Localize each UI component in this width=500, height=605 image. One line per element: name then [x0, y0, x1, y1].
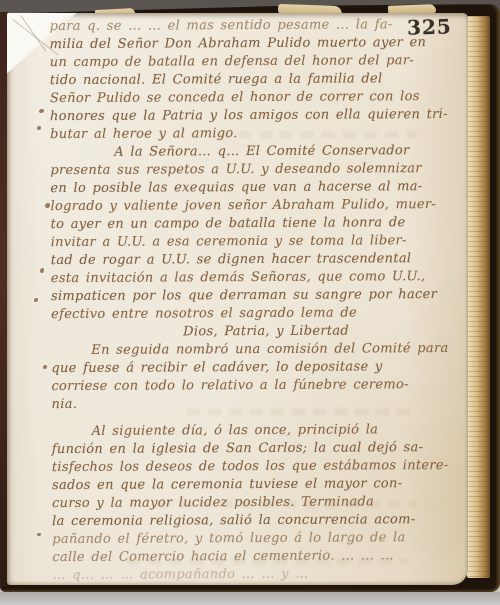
manuscript-line: la ceremonia religiosa, salió la concurr…	[52, 511, 464, 531]
manuscript-line: Señor Pulido se conceda el honor de corr…	[50, 88, 462, 108]
manuscript-line: butar al heroe y al amigo.	[50, 124, 462, 144]
manuscript-line: función en la iglesia de San Carlos; la …	[52, 439, 464, 459]
manuscript-line: efectivo entre nosotros el sagrado lema …	[51, 304, 463, 324]
ink-speck	[43, 365, 47, 369]
manuscript-line: sados en que la ceremonia tuviese el may…	[52, 475, 464, 495]
page-fore-edges	[467, 16, 490, 578]
manuscript-line: que fuese á recibir el cadáver, lo depos…	[51, 358, 463, 378]
manuscript-line: tido nacional. El Comité ruega a la fami…	[50, 70, 462, 90]
ink-speck	[34, 298, 38, 302]
manuscript-line: para q. se … … el mas sentido pesame … l…	[50, 16, 462, 36]
manuscript-line: invitar a U.U. a esa ceremonia y se toma…	[51, 232, 463, 252]
manuscript-line: Dios, Patria, y Libertad	[51, 322, 463, 342]
manuscript-line: A la Señora… q… El Comité Conservador	[50, 142, 462, 162]
photo-background: 325 para q. se … … el mas sentido pesame…	[0, 0, 500, 605]
manuscript-line: simpaticen por los que derraman su sangr…	[51, 286, 463, 306]
ink-speck	[39, 109, 44, 113]
manuscript-line: … q… … … acompañando … … y …	[52, 565, 464, 585]
ink-speck	[37, 126, 41, 130]
ink-speck	[40, 268, 44, 273]
ink-speck	[37, 533, 41, 536]
manuscript-line: curso y la mayor lucidez posibles. Termi…	[52, 493, 464, 513]
manuscript-line: En seguida nombró una comisión del Comit…	[51, 340, 463, 360]
manuscript-line: nia.	[51, 394, 463, 414]
manuscript-line: un campo de batalla en defensa del honor…	[50, 52, 462, 72]
manuscript-line: pañando el féretro, y tomó luego á lo la…	[52, 529, 464, 549]
manuscript-line: logrado y valiente joven señor Abraham P…	[50, 196, 462, 216]
manuscript-line: en lo posible las exequias que van a hac…	[50, 178, 462, 198]
handwritten-text: para q. se … … el mas sentido pesame … l…	[50, 16, 465, 585]
manuscript-line: Al siguiente día, ó las once, principió …	[52, 421, 464, 441]
ink-speck	[45, 203, 50, 208]
manuscript-line: honores que la Patria y los amigos con e…	[50, 106, 462, 126]
manuscript-line: esta invitación a las demás Señoras, que…	[51, 268, 463, 288]
manuscript-line: tisfechos los deseos de todos los que es…	[52, 457, 464, 477]
manuscript-line: to ayer en un campo de batalla tiene la …	[51, 214, 463, 234]
manuscript-line: tad de rogar a U.U. se dignen hacer tras…	[51, 250, 463, 270]
manuscript-line: corriese con todo lo relativo a la fúneb…	[51, 376, 463, 396]
manuscript-page: 325 para q. se … … el mas sentido pesame…	[7, 13, 468, 585]
manuscript-line: presenta sus respetos a U.U. y deseando …	[50, 160, 462, 180]
table-surface	[0, 592, 500, 605]
manuscript-line: calle del Comercio hacia el cementerio. …	[52, 547, 464, 567]
manuscript-line: milia del Señor Don Abraham Pulido muert…	[50, 34, 462, 54]
